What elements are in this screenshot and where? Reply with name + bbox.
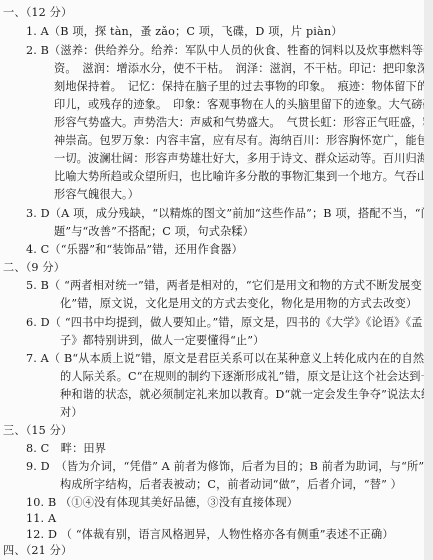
- answer-q7: 7. A（ B“从本质上说”错，原文是君臣关系可以在某种意义上转化成内在的自然: [26, 352, 424, 366]
- answer-q1: 1. A（B 项，探 tàn，蚤 zǎo；C 项，飞碟，D 项，片 piàn）: [26, 25, 343, 39]
- answer-q12: 12. D （ “体裁有别，语言风格迥异，人物性格亦各有侧重”表述不正确）: [26, 528, 394, 542]
- answer-q7-cont: 种和谐的状态，就必须制定礼来加以教育。D“就一定会发生争夺”说法太绝: [60, 388, 432, 402]
- answer-q6: 6. D（ “四书中均提到，做人要知止。”错，原文是，四书的《大学》《论语》《孟: [26, 316, 423, 330]
- answer-q5-cont: 化”错，原文说，文化是用文的方式去变化，物化是用物的方式去改变）: [60, 297, 417, 311]
- answer-q10: 10. B （①④没有体现其美好品德，③没有直接体现）: [26, 496, 298, 510]
- answer-q2-cont: 形容气魄很大。）: [54, 188, 139, 202]
- answer-q8: 8. C 畔：田界: [26, 442, 106, 456]
- answer-q4: 4. C（“乐器”和“装饰品”错，还用作食器）: [26, 243, 243, 257]
- answer-q2-cont: 刻地保持着。 记忆：保持在脑子里的过去事物的印象。 痕迹：物体留下的: [54, 80, 428, 94]
- section-heading-4: 四、（21 分）: [3, 544, 72, 558]
- section-heading-3: 三、（15 分）: [3, 424, 72, 438]
- answer-q7-cont: 对）: [60, 406, 83, 420]
- answer-q5: 5. B（ “两者相对统一”错，两者是相对的，“它们是用文和物的方式不断发展变: [26, 279, 422, 293]
- answer-q2-cont: 印儿，或残存的迹象。 印象：客观事物在人的头脑里留下的迹象。大气磅礴：: [54, 98, 433, 112]
- answer-q3-cont: 题”与“改善”不搭配；C 项，句式杂糅）: [54, 225, 254, 239]
- answer-q2-cont: 一切。波澜壮阔：形容声势雄壮好大，多用于诗文、群众运动等。百川归海：: [54, 152, 433, 166]
- answer-q2-cont: 形容气势盛大。声势浩大：声威和气势盛大。 气贯长虹：形容正气旺盛，精: [54, 116, 433, 130]
- answer-q6-cont: 子》都特别讲到，做人一定要懂得“止”）: [60, 334, 264, 348]
- answer-q11: 11. A: [26, 512, 56, 526]
- section-heading-1: 一、（12 分）: [3, 6, 72, 20]
- answer-key-page: 一、（12 分） 1. A（B 项，探 tàn，蚤 zǎo；C 项，飞碟，D 项…: [0, 0, 424, 560]
- scan-edge: [424, 0, 433, 560]
- section-heading-2: 二、（9 分）: [3, 261, 65, 275]
- answer-q2-cont: 比喻大势所趋或众望所归，也比喻许多分散的事物汇集到一个地方。气吞山河：: [54, 170, 433, 184]
- answer-q3: 3. D（A 项，成分残缺，“以精炼的图文”前加“这些作品”；B 项，搭配不当，…: [26, 207, 432, 221]
- answer-q9: 9. D （皆为介词，“凭借” A 前者为修饰，后者为目的；B 前者为助词，与“…: [26, 460, 424, 474]
- answer-q2-cont: 资。 滋润：增添水分，使不干枯。 润泽：滋润，不干枯。印记：把印象深: [54, 62, 428, 76]
- answer-q2-cont: 神崇高。包罗万象：内容丰富，应有尽有。海纳百川：形容胸怀宽广，能包容: [54, 134, 433, 148]
- answer-q2: 2. B（滋养：供给养分。给养：军队中人员的伙食、牲畜的饲料以及炊事燃料等物: [26, 44, 433, 58]
- answer-q7-cont: 的人际关系。C“在规则的制约下逐渐形成礼”错，原文是让这个社会达到一: [60, 370, 432, 384]
- answer-q9-cont: 构成所字结构，后者表被动；C，前者动词“做”，后者介词，“替” ）: [60, 478, 402, 492]
